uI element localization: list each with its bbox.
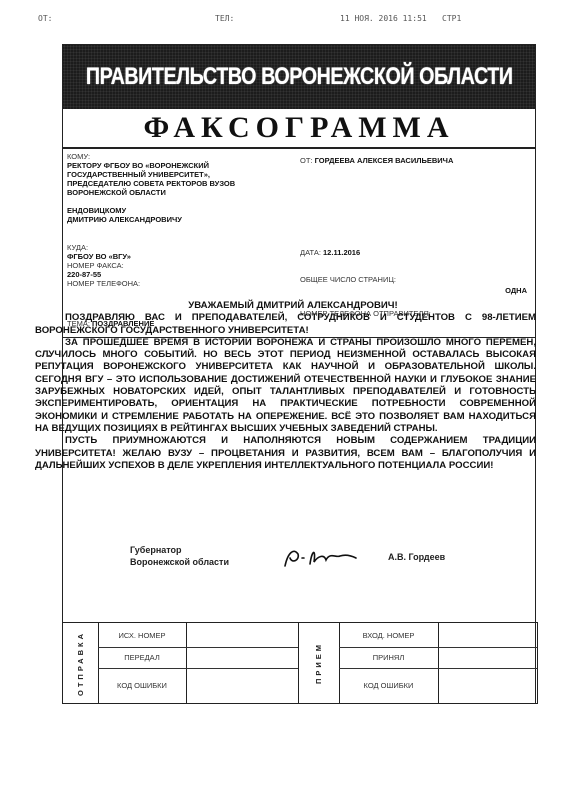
sent-by-label: ПЕРЕДАЛ <box>98 647 186 668</box>
receive-label: ПРИЕМ <box>314 642 323 684</box>
to-surname: ЕНДОВИЦКОМУ <box>67 206 287 215</box>
from-value: ГОРДЕЕВА АЛЕКСЕЯ ВАСИЛЬЕВИЧА <box>315 156 454 165</box>
receive-error-code-label: КОД ОШИБКИ <box>339 668 438 703</box>
outgoing-number-label: ИСХ. НОМЕР <box>98 623 186 647</box>
recipient-block: КОМУ: РЕКТОРУ ФГБОУ ВО «ВОРОНЕЖСКИЙ ГОСУ… <box>67 152 287 224</box>
signatory-title-line1: Губернатор <box>130 544 229 556</box>
scan-speck <box>48 355 50 357</box>
date-block: ДАТА: 12.11.2016 <box>300 248 360 257</box>
send-error-code-label: КОД ОШИБКИ <box>98 668 186 703</box>
handwritten-signature-icon <box>280 544 360 570</box>
document-type: ФАКСОГРАММА <box>143 111 454 145</box>
received-by-label: ПРИНЯЛ <box>339 647 438 668</box>
to-line: ПРЕДСЕДАТЕЛЮ СОВЕТА РЕКТОРОВ ВУЗОВ <box>67 179 287 188</box>
letter-paragraph-2: ЗА ПРОШЕДШЕЕ ВРЕМЯ В ИСТОРИИ ВОРОНЕЖА И … <box>35 337 536 435</box>
fax-number-label: НОМЕР ФАКСА: <box>67 261 287 270</box>
signature-block: Губернатор Воронежской области А.В. Горд… <box>0 544 566 578</box>
fax-from: ОТ: <box>38 14 52 23</box>
letter-paragraph-1: ПОЗДРАВЛЯЮ ВАС И ПРЕПОДАВАТЕЛЕЙ, СОТРУДН… <box>35 312 536 337</box>
signatory-title: Губернатор Воронежской области <box>130 544 229 568</box>
banner-title: ПРАВИТЕЛЬСТВО ВОРОНЕЖСКОЙ ОБЛАСТИ <box>86 63 513 91</box>
fax-number-value: 220-87-55 <box>67 270 287 279</box>
date-value: 12.11.2016 <box>323 248 360 257</box>
fax-transmission-header: ОТ: ТЕЛ: 11 НОЯ. 2016 11:51 СТР1 <box>0 14 566 26</box>
to-given-name: ДМИТРИЮ АЛЕКСАНДРОВИЧУ <box>67 215 287 224</box>
signatory-name: А.В. Гордеев <box>388 552 445 562</box>
where-label: КУДА: <box>67 243 287 252</box>
incoming-number-label: ВХОД. НОМЕР <box>339 623 438 647</box>
to-line: РЕКТОРУ ФГБОУ ВО «ВОРОНЕЖСКИЙ <box>67 161 287 170</box>
date-label: ДАТА: <box>300 248 321 257</box>
pages-value: ОДНА <box>505 286 527 295</box>
send-section-label: ОТПРАВКА <box>63 623 98 703</box>
document-type-box: ФАКСОГРАММА <box>63 109 535 149</box>
to-line: ГОСУДАРСТВЕННЫЙ УНИВЕРСИТЕТ», <box>67 170 287 179</box>
fax-timestamp: 11 НОЯ. 2016 11:51 <box>340 14 427 23</box>
where-value: ФГБОУ ВО «ВГУ» <box>67 252 287 261</box>
signatory-title-line2: Воронежской области <box>130 556 229 568</box>
receive-section-label: ПРИЕМ <box>298 623 339 703</box>
to-label: КОМУ: <box>67 152 287 161</box>
destination-block: КУДА: ФГБОУ ВО «ВГУ» НОМЕР ФАКСА: 220-87… <box>67 243 287 288</box>
send-label: ОТПРАВКА <box>76 631 85 696</box>
letter-paragraph-3: ПУСТЬ ПРИУМНОЖАЮТСЯ И НАПОЛНЯЮТСЯ НОВЫМ … <box>35 435 536 472</box>
fax-page: СТР1 <box>442 14 461 23</box>
letter-body: УВАЖАЕМЫЙ ДМИТРИЙ АЛЕКСАНДРОВИЧ! ПОЗДРАВ… <box>0 300 566 472</box>
transmission-log-table: ОТПРАВКА ИСХ. НОМЕР ПЕРЕДАЛ КОД ОШИБКИ П… <box>62 622 538 704</box>
from-label: ОТ: <box>300 156 313 165</box>
pages-label: ОБЩЕЕ ЧИСЛО СТРАНИЦ: <box>300 275 396 284</box>
fax-tel: ТЕЛ: <box>215 14 234 23</box>
sender-block: ОТ: ГОРДЕЕВА АЛЕКСЕЯ ВАСИЛЬЕВИЧА <box>300 156 453 165</box>
phone-label: НОМЕР ТЕЛЕФОНА: <box>67 279 287 288</box>
to-line: ВОРОНЕЖСКОЙ ОБЛАСТИ <box>67 188 287 197</box>
salutation: УВАЖАЕМЫЙ ДМИТРИЙ АЛЕКСАНДРОВИЧ! <box>20 300 566 312</box>
government-banner: ПРАВИТЕЛЬСТВО ВОРОНЕЖСКОЙ ОБЛАСТИ <box>63 45 535 109</box>
